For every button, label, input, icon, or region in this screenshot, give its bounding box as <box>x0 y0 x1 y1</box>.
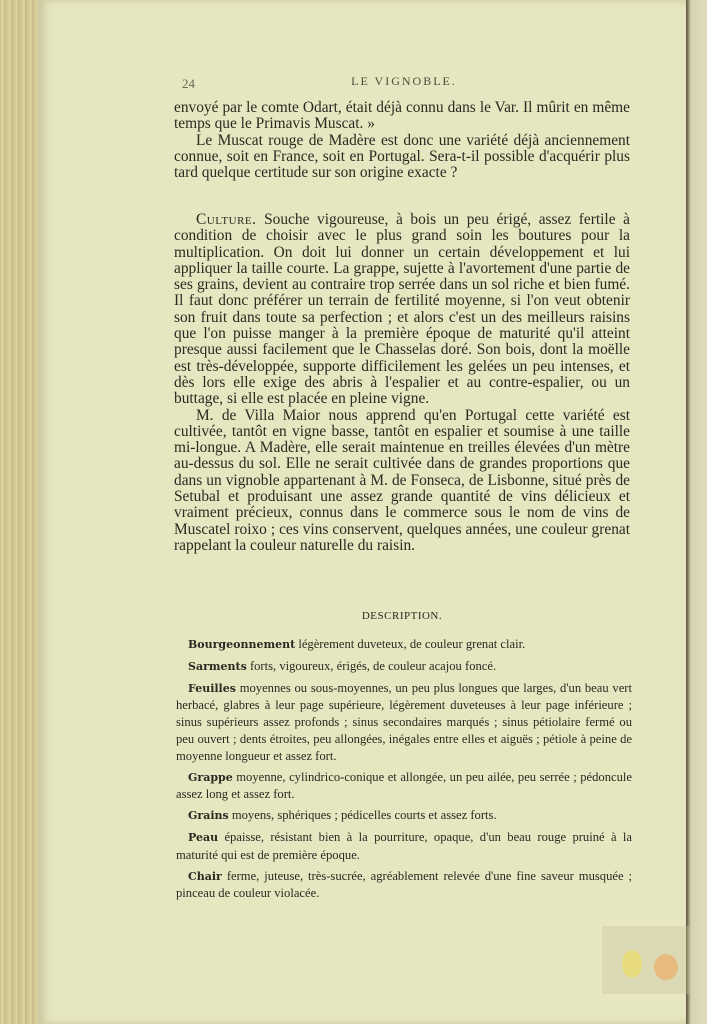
entry-text: épaisse, résistant bien à la pourriture,… <box>176 830 632 862</box>
description-heading: DESCRIPTION. <box>174 610 630 622</box>
entry-text: moyens, sphériques ; pédicelles courts e… <box>232 808 497 822</box>
entry-text: ferme, juteuse, très-sucrée, agréablemen… <box>176 869 632 901</box>
paragraph-continuation: envoyé par le comte Odart, était déjà co… <box>174 100 630 133</box>
entry-text: forts, vigoureux, érigés, de couleur aca… <box>250 659 496 673</box>
description-list: Bourgeonnement légèrement duveteux, de c… <box>176 636 632 906</box>
body-text-top: envoyé par le comte Odart, était déjà co… <box>174 100 630 181</box>
culture-text: Souche vigoureuse, à bois un peu érigé, … <box>174 211 630 407</box>
entry-term: Feuilles <box>188 682 236 695</box>
description-entry: Grains moyens, sphériques ; pédicelles c… <box>176 807 632 825</box>
entry-term: Sarments <box>188 660 247 673</box>
description-entry: Bourgeonnement légèrement duveteux, de c… <box>176 636 632 654</box>
entry-term: Chair <box>188 870 222 883</box>
book-page-edges <box>0 0 40 1024</box>
entry-text: légèrement duveteux, de couleur grenat c… <box>298 637 525 651</box>
culture-label: Culture. <box>196 211 257 228</box>
entry-text: moyenne, cylindrico-conique et allongée,… <box>176 770 632 802</box>
page-header: 24 LE VIGNOBLE. <box>174 70 634 90</box>
paragraph-villa-maior: M. de Villa Maior nous apprend qu'en Por… <box>174 408 630 555</box>
entry-term: Bourgeonnement <box>188 638 295 651</box>
book-right-edge <box>686 0 707 1024</box>
library-watermark <box>602 926 690 994</box>
entry-text: moyennes ou sous-moyennes, un peu plus l… <box>176 681 632 763</box>
paragraph-culture: Culture. Souche vigoureuse, à bois un pe… <box>174 212 630 408</box>
body-text-culture: Culture. Souche vigoureuse, à bois un pe… <box>174 212 630 554</box>
paragraph-origin: Le Muscat rouge de Madère est donc une v… <box>174 133 630 182</box>
entry-term: Grappe <box>188 771 233 784</box>
description-entry: Feuilles moyennes ou sous-moyennes, un p… <box>176 680 632 765</box>
description-entry: Sarments forts, vigoureux, érigés, de co… <box>176 658 632 676</box>
running-title: LE VIGNOBLE. <box>174 74 634 89</box>
description-entry: Peau épaisse, résistant bien à la pourri… <box>176 829 632 864</box>
entry-term: Grains <box>188 809 229 822</box>
watermark-shape <box>654 954 678 980</box>
description-entry: Grappe moyenne, cylindrico-conique et al… <box>176 769 632 804</box>
entry-term: Peau <box>188 831 218 844</box>
description-entry: Chair ferme, juteuse, très-sucrée, agréa… <box>176 868 632 903</box>
watermark-shape <box>622 950 642 978</box>
